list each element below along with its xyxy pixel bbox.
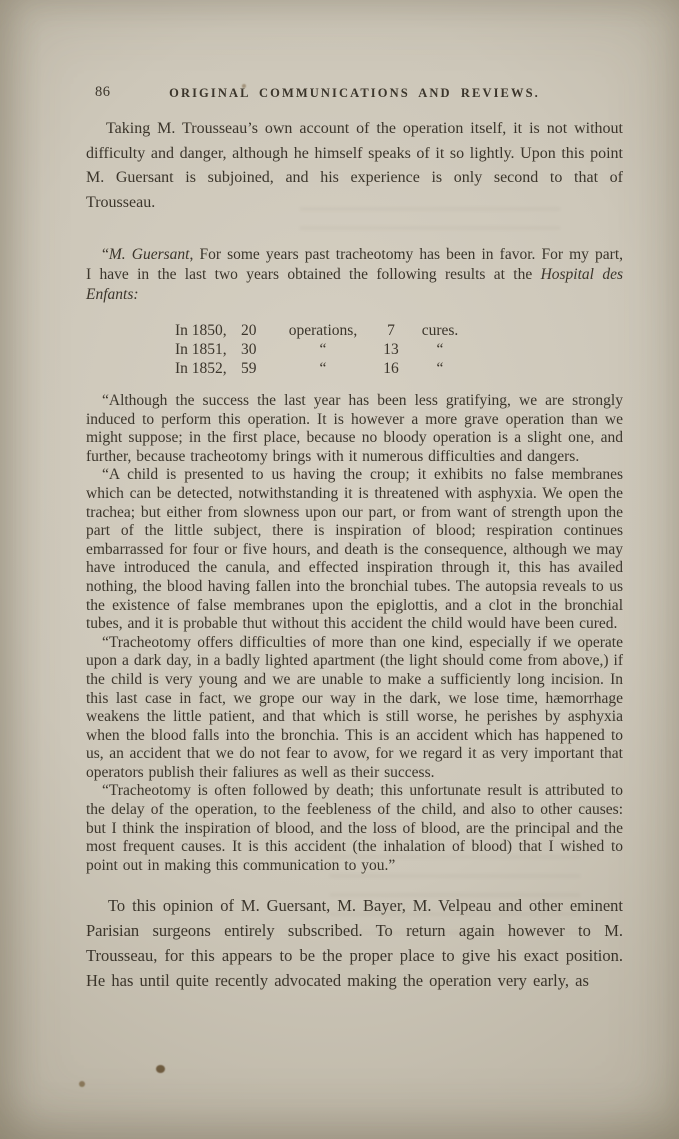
results-table: In 1850, 20 operations, 7 cures. In 1851… <box>175 321 623 378</box>
table-row: In 1852, 59 “ 16 “ <box>175 359 623 378</box>
scanned-book-page: 86 ORIGINAL COMMUNICATIONS AND REVIEWS. … <box>0 0 679 1139</box>
table-row: In 1850, 20 operations, 7 cures. <box>175 321 623 340</box>
year-cell: In 1852, <box>175 359 241 378</box>
ditto-mark: “ <box>273 340 373 359</box>
cures-count-cell: 16 <box>373 359 409 378</box>
operations-count-cell: 20 <box>241 321 273 340</box>
table-row: In 1851, 30 “ 13 “ <box>175 340 623 359</box>
intro-paragraph: Taking M. Trousseau’s own account of the… <box>86 117 623 215</box>
operations-label-cell: operations, <box>273 321 373 340</box>
paper-speck <box>156 1065 165 1073</box>
quote-paragraph-3: “Tracheotomy offers difficulties of more… <box>86 634 623 783</box>
page-content: 86 ORIGINAL COMMUNICATIONS AND REVIEWS. … <box>86 84 623 993</box>
cures-label-cell: cures. <box>409 321 471 340</box>
ditto-mark: “ <box>409 340 471 359</box>
page-header: 86 ORIGINAL COMMUNICATIONS AND REVIEWS. <box>86 84 623 102</box>
ditto-mark: “ <box>273 359 373 378</box>
closing-paragraph: To this opinion of M. Guersant, M. Bayer… <box>86 893 623 993</box>
quote-paragraph-1: “Although the success the last year has … <box>86 392 623 466</box>
paper-speck <box>79 1081 85 1087</box>
cures-count-cell: 7 <box>373 321 409 340</box>
year-cell: In 1851, <box>175 340 241 359</box>
open-quote: “ <box>102 246 109 263</box>
quote-paragraph-4: “Tracheotomy is often followed by death;… <box>86 782 623 875</box>
cures-count-cell: 13 <box>373 340 409 359</box>
speaker-name: M. Guersant <box>109 246 190 263</box>
running-head: ORIGINAL COMMUNICATIONS AND REVIEWS. <box>169 86 540 100</box>
operations-count-cell: 30 <box>241 340 273 359</box>
operations-count-cell: 59 <box>241 359 273 378</box>
page-number: 86 <box>95 84 111 101</box>
guersant-quote-opening: “M. Guersant, For some years past trache… <box>86 245 623 305</box>
quote-paragraph-2: “A child is presented to us having the c… <box>86 466 623 633</box>
ditto-mark: “ <box>409 359 471 378</box>
year-cell: In 1850, <box>175 321 241 340</box>
